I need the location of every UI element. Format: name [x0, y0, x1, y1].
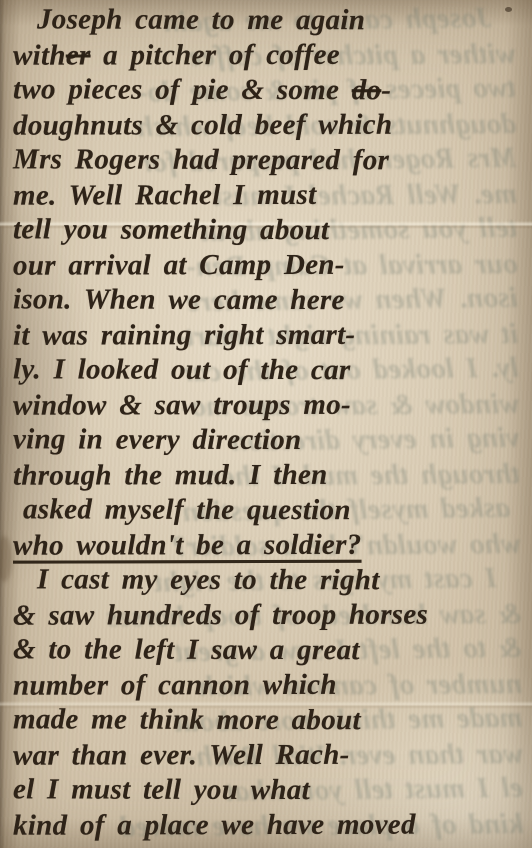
letter-line: ison. When we came here — [13, 282, 528, 318]
letter-line: it was raining right smart- — [13, 317, 528, 353]
letter-line: made me think more about — [13, 702, 528, 738]
letter-line: who wouldn't be a soldier? — [13, 527, 528, 563]
letter-line: & saw hundreds of troop horses — [13, 597, 528, 633]
letter-line: Mrs Rogers had prepared for — [13, 142, 528, 178]
letter-text: it was raining right smart- — [13, 319, 355, 352]
letter-line: me. Well Rachel I must — [13, 177, 528, 213]
letter-line: el I must tell you what — [13, 772, 528, 808]
letter-text: ving in every direction — [13, 423, 302, 456]
letter-line: our arrival at Camp Den- — [13, 247, 528, 283]
letter-text: - — [381, 74, 391, 106]
letter-line: through the mud. I then — [13, 457, 528, 493]
letter-text: a pitcher of coffee — [91, 39, 340, 72]
letter-text: window & saw troups mo- — [13, 389, 351, 422]
letter-text: & to the left I saw a great — [13, 633, 360, 666]
letter-text: & saw hundreds of troop horses — [13, 599, 428, 632]
letter-text: asked myself the question — [23, 493, 351, 526]
letter-line: doughnuts & cold beef which — [13, 107, 528, 143]
letter-text: with — [13, 40, 66, 72]
letter-text: I cast my eyes to the right — [37, 563, 380, 596]
struck-text: er — [66, 39, 91, 71]
struck-text: do — [352, 74, 382, 106]
letter-body: Joseph came to me againwither a pitcher … — [0, 0, 532, 848]
letter-line: number of cannon which — [13, 667, 528, 703]
letter-line: kind of a place we have moved — [13, 807, 528, 843]
letter-text: number of cannon which — [13, 669, 337, 702]
letter-text: doughnuts & cold beef which — [13, 109, 392, 142]
letter-line: wither a pitcher of coffee — [13, 37, 528, 73]
letter-page: Joseph came to me againwither a pitcher … — [0, 0, 532, 848]
letter-text: through the mud. I then — [13, 459, 328, 492]
letter-line: Joseph came to me again — [13, 2, 528, 38]
letter-text: Joseph came to me again — [37, 3, 365, 36]
letter-line: tell you something about — [13, 212, 528, 248]
letter-text: ly. I looked out of the car — [13, 353, 351, 386]
letter-text: made me think more about — [13, 703, 361, 736]
letter-line: window & saw troups mo- — [13, 387, 528, 423]
letter-text: our arrival at Camp Den- — [13, 249, 345, 282]
letter-text: Mrs Rogers had prepared for — [13, 143, 389, 176]
letter-line: ly. I looked out of the car — [13, 352, 528, 388]
letter-text: me. Well Rachel I must — [13, 179, 317, 212]
letter-line: war than ever. Well Rach- — [13, 737, 528, 773]
letter-line: asked myself the question — [13, 492, 528, 528]
letter-line: I cast my eyes to the right — [13, 562, 528, 598]
letter-text: war than ever. Well Rach- — [13, 739, 350, 772]
letter-text: two pieces of pie & some — [13, 73, 352, 106]
letter-line: ving in every direction — [13, 422, 528, 458]
letter-text: ison. When we came here — [13, 283, 345, 316]
letter-text: kind of a place we have moved — [13, 809, 416, 842]
letter-text: who wouldn't be a soldier? — [13, 529, 362, 562]
letter-line: two pieces of pie & some do- — [13, 72, 528, 108]
letter-text: tell you something about — [13, 213, 329, 246]
letter-line: & to the left I saw a great — [13, 632, 528, 668]
letter-text: el I must tell you what — [13, 773, 310, 806]
